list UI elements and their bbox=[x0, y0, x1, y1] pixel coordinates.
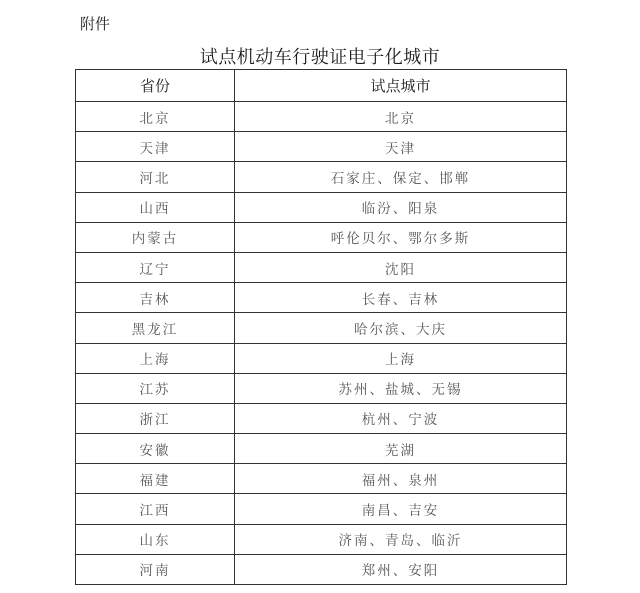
province-cell: 内蒙古 bbox=[76, 222, 235, 252]
table-row: 河南 郑州、安阳 bbox=[76, 554, 567, 584]
table-row: 北京 北京 bbox=[76, 102, 567, 132]
header-pilot-cities: 试点城市 bbox=[235, 70, 567, 102]
province-cell: 吉林 bbox=[76, 283, 235, 313]
table-row: 安徽 芜湖 bbox=[76, 434, 567, 464]
cities-cell: 临汾、阳泉 bbox=[235, 192, 567, 222]
pilot-cities-table: 省份 试点城市 北京 北京 天津 天津 河北 石家庄、保定、邯郸 山西 临汾、阳… bbox=[75, 69, 567, 585]
cities-cell: 杭州、宁波 bbox=[235, 403, 567, 433]
province-cell: 福建 bbox=[76, 464, 235, 494]
province-cell: 上海 bbox=[76, 343, 235, 373]
table-row: 黑龙江 哈尔滨、大庆 bbox=[76, 313, 567, 343]
cities-cell: 北京 bbox=[235, 102, 567, 132]
table-row: 河北 石家庄、保定、邯郸 bbox=[76, 162, 567, 192]
cities-cell: 哈尔滨、大庆 bbox=[235, 313, 567, 343]
cities-cell: 呼伦贝尔、鄂尔多斯 bbox=[235, 222, 567, 252]
cities-cell: 芜湖 bbox=[235, 434, 567, 464]
province-cell: 江西 bbox=[76, 494, 235, 524]
document-title: 试点机动车行驶证电子化城市 bbox=[0, 43, 640, 69]
table-row: 吉林 长春、吉林 bbox=[76, 283, 567, 313]
cities-cell: 南昌、吉安 bbox=[235, 494, 567, 524]
table-row: 辽宁 沈阳 bbox=[76, 252, 567, 282]
header-province: 省份 bbox=[76, 70, 235, 102]
province-cell: 北京 bbox=[76, 102, 235, 132]
province-cell: 山东 bbox=[76, 524, 235, 554]
province-cell: 山西 bbox=[76, 192, 235, 222]
table-row: 山东 济南、青岛、临沂 bbox=[76, 524, 567, 554]
province-cell: 辽宁 bbox=[76, 252, 235, 282]
cities-cell: 长春、吉林 bbox=[235, 283, 567, 313]
cities-cell: 沈阳 bbox=[235, 252, 567, 282]
table-row: 江苏 苏州、盐城、无锡 bbox=[76, 373, 567, 403]
cities-cell: 福州、泉州 bbox=[235, 464, 567, 494]
province-cell: 河北 bbox=[76, 162, 235, 192]
table-row: 福建 福州、泉州 bbox=[76, 464, 567, 494]
cities-cell: 郑州、安阳 bbox=[235, 554, 567, 584]
cities-cell: 上海 bbox=[235, 343, 567, 373]
table-row: 江西 南昌、吉安 bbox=[76, 494, 567, 524]
table-row: 天津 天津 bbox=[76, 132, 567, 162]
table-row: 内蒙古 呼伦贝尔、鄂尔多斯 bbox=[76, 222, 567, 252]
cities-cell: 天津 bbox=[235, 132, 567, 162]
table-row: 山西 临汾、阳泉 bbox=[76, 192, 567, 222]
table-header-row: 省份 试点城市 bbox=[76, 70, 567, 102]
attachment-label: 附件 bbox=[80, 13, 110, 34]
cities-cell: 石家庄、保定、邯郸 bbox=[235, 162, 567, 192]
province-cell: 浙江 bbox=[76, 403, 235, 433]
cities-cell: 济南、青岛、临沂 bbox=[235, 524, 567, 554]
province-cell: 河南 bbox=[76, 554, 235, 584]
province-cell: 天津 bbox=[76, 132, 235, 162]
province-cell: 黑龙江 bbox=[76, 313, 235, 343]
province-cell: 江苏 bbox=[76, 373, 235, 403]
table-row: 浙江 杭州、宁波 bbox=[76, 403, 567, 433]
cities-cell: 苏州、盐城、无锡 bbox=[235, 373, 567, 403]
table-row: 上海 上海 bbox=[76, 343, 567, 373]
province-cell: 安徽 bbox=[76, 434, 235, 464]
